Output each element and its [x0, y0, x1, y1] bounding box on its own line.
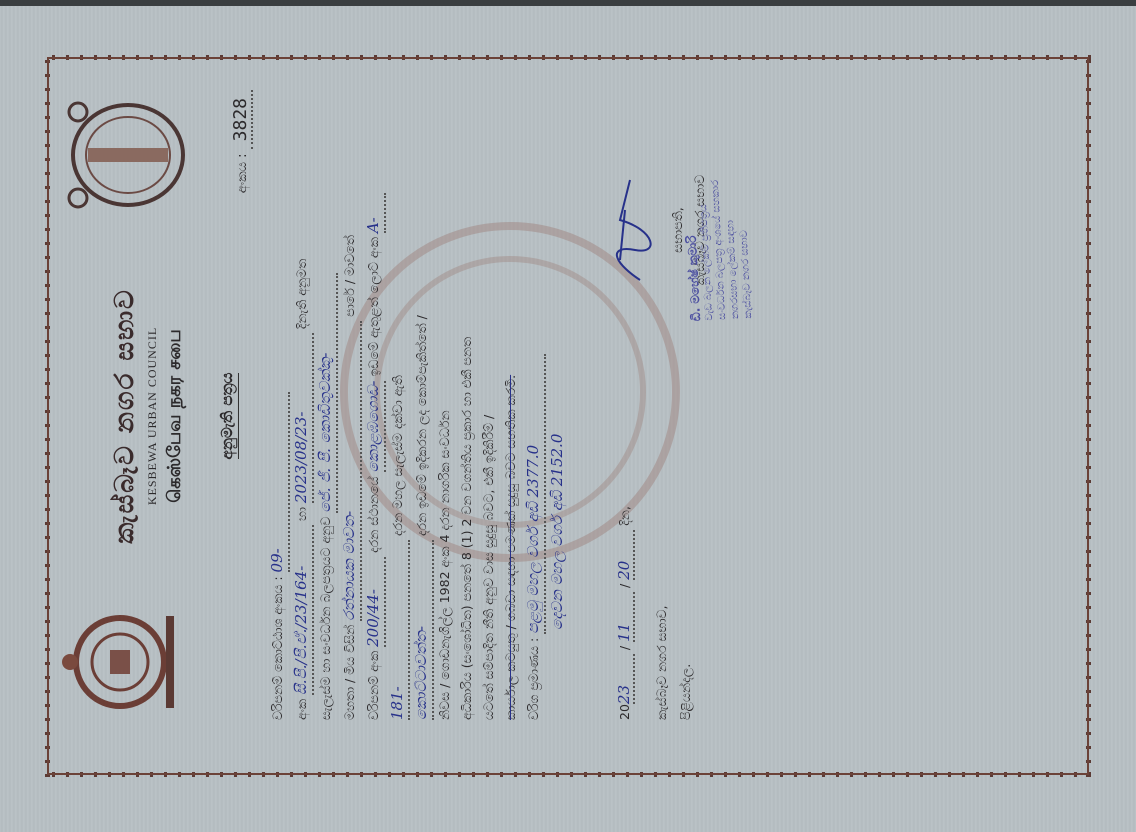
application-number: සී.පී./පී.ඒ./23/164- — [290, 525, 314, 695]
road-name: රත්නායක මාවත- — [338, 321, 362, 621]
assessment-line: වරිපනම් අංක 200/44- දරන ස්ථානයේ කොළඹගොඩ-… — [362, 100, 386, 720]
floor-area-2: දෙවන මහල වර්ග අඩි 2152.0 — [548, 434, 566, 630]
statute-line-1: නිවස / ගොඩනැගිල්ල 1982 අංක 4 දරන නාගරික … — [434, 100, 456, 720]
statute-line-3: යටතේ සම්පාදිත නීති අනුව වාස සුදුසු බවට, … — [478, 100, 500, 720]
reference-number-value: 3828 — [230, 90, 253, 149]
land-name: කොළඹගොඩ- — [362, 381, 386, 473]
application-date: 2023/08/23- — [290, 333, 314, 503]
lot-number: A- — [362, 193, 386, 233]
owner-line: සැලැස්ම හා සංවර්ධන බලපත්‍රයට අනුව ජේ. ජී… — [314, 100, 338, 720]
officer-stamp: ඩී. මහේෂ් කුමාරි වැඩ බලන ලේකම් ප්‍රතිපත්… — [680, 118, 755, 321]
assessment-number: 200/44- — [362, 557, 386, 647]
plan-number: 181- — [386, 540, 410, 720]
land-value: කොට්ටාවත්ත- — [410, 540, 434, 720]
owner-name: ජේ. ජී. පී. කොඩිතුවක්කු- — [314, 273, 338, 513]
council-emblem-icon — [58, 90, 188, 220]
issue-date: 2023 / 11 / 20 දින, — [615, 506, 635, 720]
road-line: මහතා / මිය විසින් රත්නායක මාවත- පාරේ / ම… — [338, 100, 362, 720]
ward-number: 09- — [266, 392, 290, 572]
floor-area-line-2: දෙවන මහල වර්ග අඩි 2152.0 — [546, 100, 569, 720]
certificate-body: වරිපනම් කොට්ඨාශ අංකය : 09- අංක සී.පී./පී… — [266, 100, 569, 720]
land-line: කොට්ටාවත්ත- දරන ඉඩමේ ඉදිකරන ලද කොම්පැකිත… — [410, 100, 434, 720]
statute-line-2: අධිකාරිය (සංශෝධිත) පනතේ 8 (1) 2 වන වගන්ත… — [456, 100, 478, 720]
issuer-address: කැස්බෑව නගර සභාව, පිළියන්දල. — [650, 605, 698, 720]
certificate-page: කැස්බෑව නගර සභාව KESBEWA URBAN COUNCIL க… — [40, 50, 1096, 782]
plan-line: 181- දරන මහල සැලැස්ම දක්වා ඇති — [386, 100, 410, 720]
floor-area-line: වරිග ප්‍රමාණය : පළමු මහල වර්ග අඩි 2377.0 — [522, 100, 546, 720]
signature-icon — [600, 170, 660, 290]
reference-number: අංකය : 3828 — [230, 90, 251, 193]
ward-line: වරිපනම් කොට්ඨාශ අංකය : 09- — [266, 100, 290, 720]
floor-area-1: පළමු මහල වර්ග අඩි 2377.0 — [522, 354, 546, 634]
statute-line-4: කාර්යාල කටයුතු / ගබඩා සඳහා පමණක් සුදුසු … — [500, 100, 522, 720]
application-line: අංක සී.පී./පී.ඒ./23/164- හා 2023/08/23- … — [290, 100, 314, 720]
